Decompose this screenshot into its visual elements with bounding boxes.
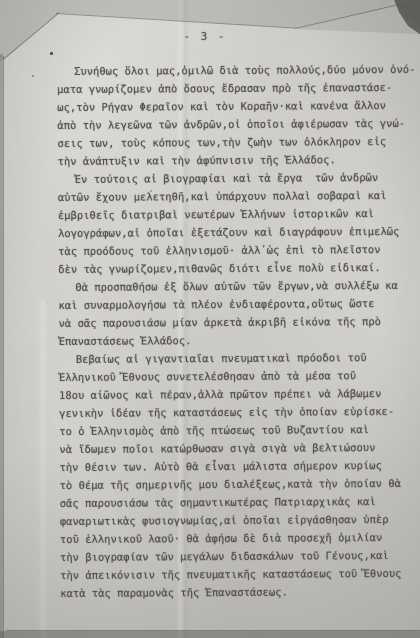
text-line: ἐμβριθεῖς διατριβαὶ νεωτέρων Ἑλλήνων ἱστ…	[58, 205, 418, 225]
text-line: τὴν ἀνάπτυξιν καὶ τὴν ἀφύπνισιν τῆς Ἑλλά…	[58, 151, 418, 171]
text-line: σεις των, τοὺς κόπους των,τὴν ζωὴν των ὁ…	[57, 133, 417, 153]
text-line: γενικὴν ἰδέαν τῆς καταστάσεως εἰς τὴν ὁπ…	[59, 403, 419, 423]
text-line: το ὁ Ἑλληνισμὸς ἀπὸ τῆς πτώσεως τοῦ Βυζα…	[59, 421, 419, 441]
shadow-below-page	[0, 631, 420, 638]
text-line: Ἐν τούτοις αἱ βιογραφίαι καὶ τὰ ἔργα τῶν…	[58, 169, 418, 189]
text-line: τὰς προόδους τοῦ ἑλληνισμοῦ· ἀλλ᾽ὡς ἐπὶ …	[58, 241, 418, 261]
text-line: ματα γνωρίζομεν ἀπὸ ὅσους ἔδρασαν πρὸ τῆ…	[57, 79, 417, 99]
text-line: ἀπὸ τὴν λεγεῶνα τῶν ἀνδρῶν,οἱ ὁποῖοι ἀφι…	[57, 115, 417, 135]
text-line: ως,τὸν Ρήγαν Φεραῖον καὶ τὸν Κοραῆν·καὶ …	[57, 97, 417, 117]
text-line: νὰ σᾶς παρουσιάσω μίαν ἀρκετὰ ἀκριβῆ εἰκ…	[59, 313, 419, 333]
text-line: νὰ ἴδωμεν ποῖοι κατώρθωσαν σιγὰ σιγὰ νὰ …	[59, 439, 419, 459]
shadow-left-of-page	[0, 54, 3, 638]
text-line: τὴν ἀπεικόνισιν τῆς πνευματικῆς καταστάσ…	[60, 565, 420, 585]
text-line: τὸ θέμα τῆς σημερινῆς μου διαλέξεως,κατὰ…	[60, 475, 420, 495]
typewritten-text: Συνήθως ὅλοι μας,ὁμιλῶ διὰ τοὺς πολλούς,…	[57, 61, 420, 603]
scanned-document-photo: - 3 - Συνήθως ὅλοι μας,ὁμιλῶ διὰ τοὺς πο…	[0, 0, 420, 638]
page-number: - 3 -	[57, 30, 353, 43]
text-line: Ἑλληνικοῦ Ἔθνους συνετελέσθησαν ἀπὸ τὰ μ…	[59, 367, 419, 387]
text-line: δὲν τὰς γνωρίζομεν,πιθανῶς διότι εἶνε πο…	[58, 259, 418, 279]
text-line: σᾶς παρουσιάσω τὰς σημαντικωτέρας Πατρια…	[60, 493, 420, 513]
text-line: Βεβαίως αἱ γιγαντιαῖαι πνευματικαὶ πρόοδ…	[59, 349, 419, 369]
paper-speck	[50, 52, 53, 55]
text-line: κατὰ τὰς παραμονὰς τῆς Ἐπαναστάσεως.	[60, 583, 420, 603]
text-line: Ἐπαναστάσεως Ἑλλάδος.	[59, 331, 419, 351]
text-line: Θὰ προσπαθήσω ἐξ ὅλων αὐτῶν τῶν ἔργων,νὰ…	[58, 277, 418, 297]
text-line: τὴν βιογραφίαν τῶν μεγάλων διδασκάλων το…	[60, 547, 420, 567]
paper-fold-line	[38, 300, 48, 638]
text-line: τὴν θέσιν των. Αὐτὸ θὰ εἶναι μάλιστα σήμ…	[59, 457, 419, 477]
text-line: λογογράφων,αἱ ὁποῖαι ἐξετάζουν καὶ διαγρ…	[58, 223, 418, 243]
text-line: τοῦ ἑλληνικοῦ λαοῦ· θὰ ἀφήσω δὲ διὰ προσ…	[60, 529, 420, 549]
text-line: καὶ συναρμολογήσω τὰ πλέον ἐνδιαφέροντα,…	[58, 295, 418, 315]
paper-speck	[32, 75, 34, 77]
page-edge-left	[3, 56, 4, 638]
text-line: φαναριωτικὰς φυσιογνωμίας,αἱ ὁποῖαι εἰργ…	[60, 511, 420, 531]
text-line: αὐτῶν ἔχουν μελετηθῆ,καὶ ὑπάρχουν πολλαὶ…	[58, 187, 418, 207]
text-line: Συνήθως ὅλοι μας,ὁμιλῶ διὰ τοὺς πολλούς,…	[57, 61, 417, 81]
text-line: 18ου αἰῶνος καὶ πέραν,ἀλλὰ πρῶτον πρέπει…	[59, 385, 419, 405]
